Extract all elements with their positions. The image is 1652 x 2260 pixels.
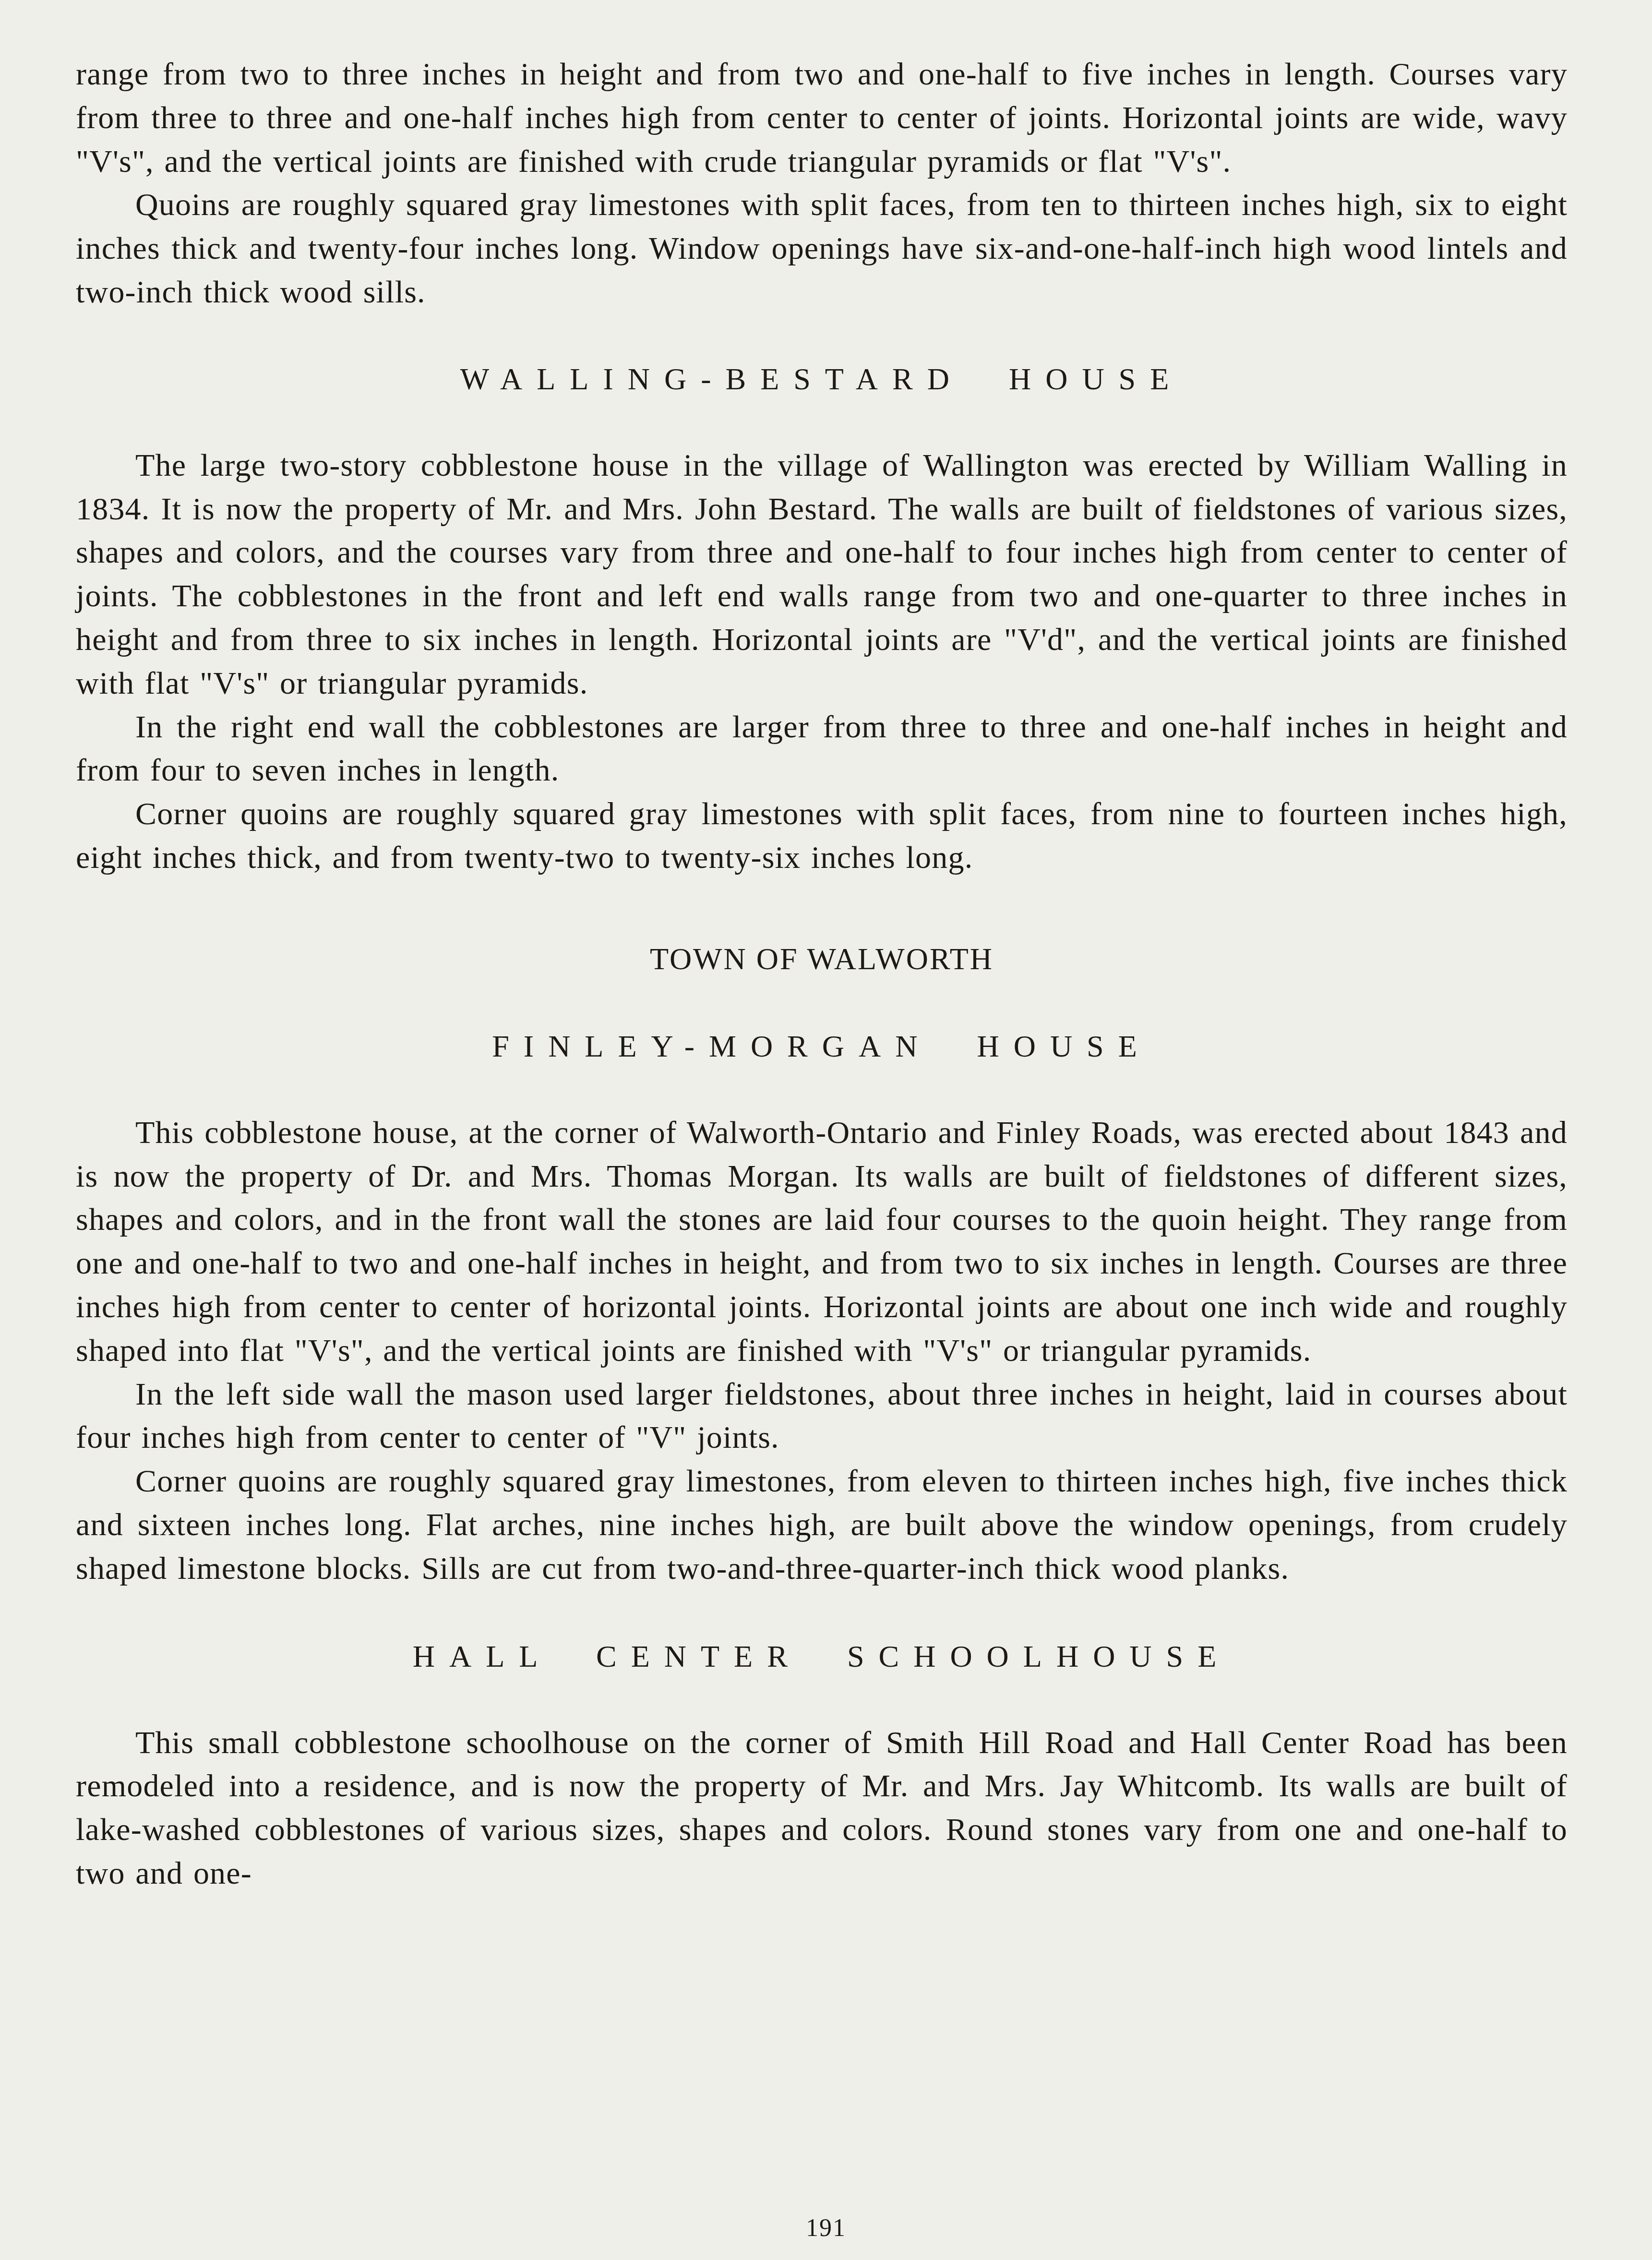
- finley-morgan-paragraph-2: In the left side wall the mason used lar…: [76, 1373, 1568, 1460]
- walling-bestard-heading: WALLING-BESTARD HOUSE: [76, 358, 1568, 401]
- walling-bestard-paragraph-1: The large two-story cobblestone house in…: [76, 444, 1568, 706]
- finley-morgan-heading: FINLEY-MORGAN HOUSE: [76, 1025, 1568, 1068]
- hall-center-paragraph-1: This small cobblestone schoolhouse on th…: [76, 1721, 1568, 1896]
- town-heading: TOWN OF WALWORTH: [76, 938, 1568, 981]
- hall-center-heading: HALL CENTER SCHOOLHOUSE: [76, 1635, 1568, 1678]
- page-body: range from two to three inches in height…: [76, 53, 1568, 1896]
- intro-paragraph-1: range from two to three inches in height…: [76, 53, 1568, 183]
- walling-bestard-paragraph-2: In the right end wall the cobblestones a…: [76, 706, 1568, 793]
- page-number: 191: [0, 2214, 1652, 2242]
- finley-morgan-paragraph-1: This cobblestone house, at the corner of…: [76, 1111, 1568, 1373]
- finley-morgan-paragraph-3: Corner quoins are roughly squared gray l…: [76, 1460, 1568, 1590]
- intro-paragraph-2: Quoins are roughly squared gray limeston…: [76, 183, 1568, 314]
- walling-bestard-paragraph-3: Corner quoins are roughly squared gray l…: [76, 793, 1568, 880]
